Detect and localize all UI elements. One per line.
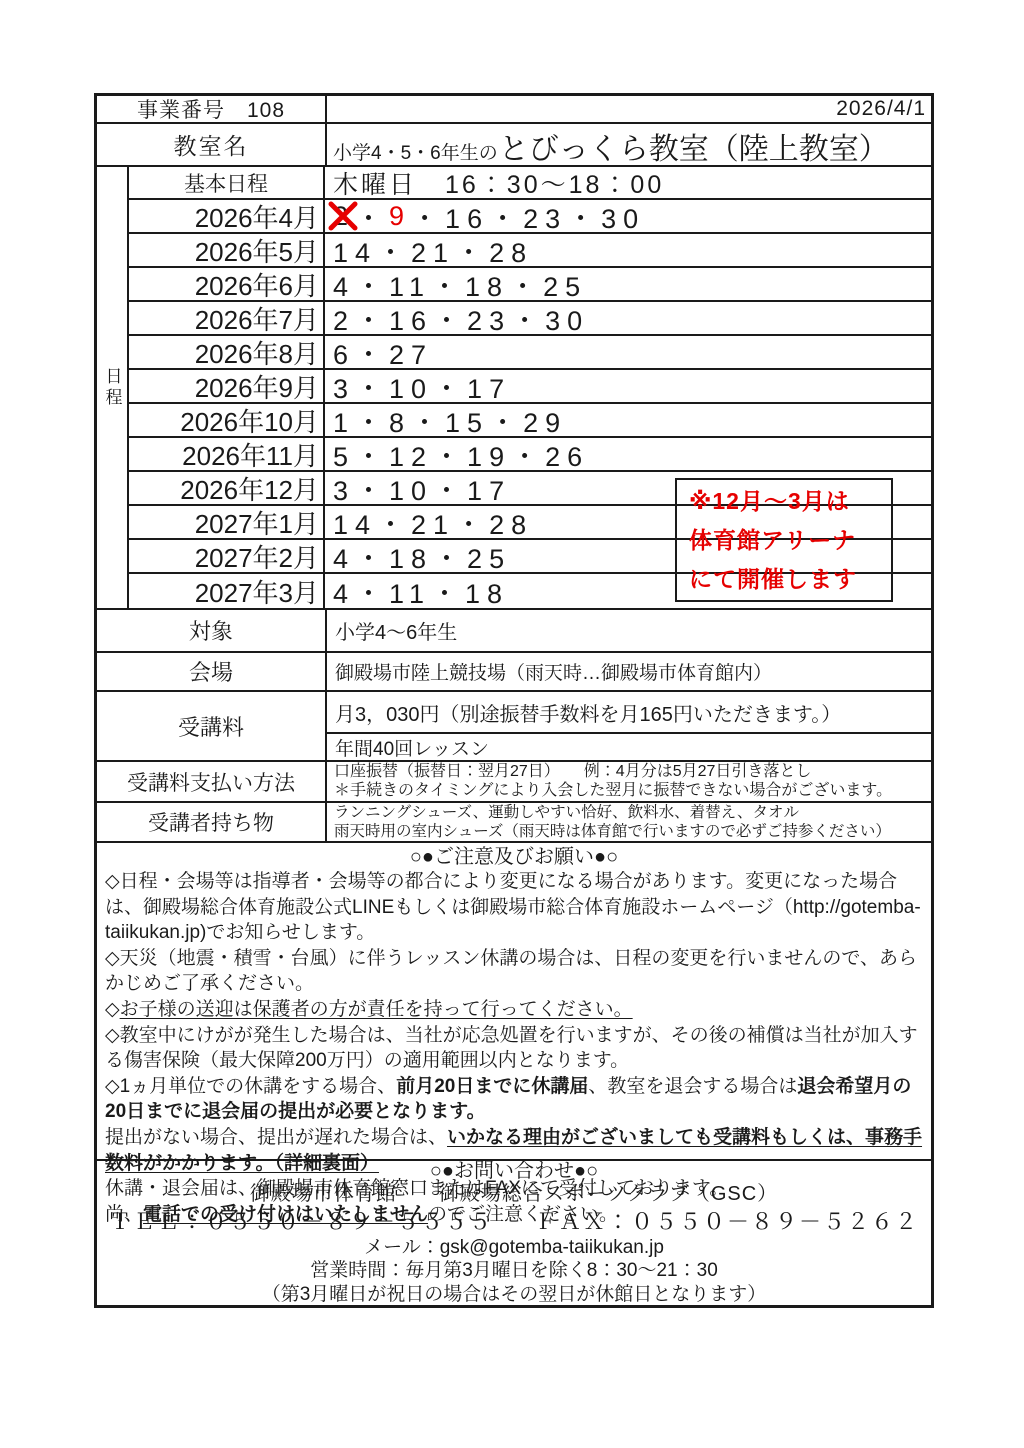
dates-value: 4・11・18・25 bbox=[325, 268, 931, 300]
target-label: 対象 bbox=[97, 610, 327, 651]
belongings-label: 受講者持ち物 bbox=[97, 803, 327, 841]
month-label: 2026年8月 bbox=[129, 336, 325, 368]
schedule-row-april: 2026年4月 2 ・ 9 ・16・23・30 bbox=[129, 200, 931, 234]
dates-value: 6・27 bbox=[325, 336, 931, 368]
class-name-label: 教室名 bbox=[97, 124, 327, 165]
contact-fax: ＦＡＸ：０５５０－８９－５２６２ bbox=[535, 1207, 919, 1236]
month-label: 2026年6月 bbox=[129, 268, 325, 300]
belongings-line-2: 雨天時用の室内シューズ（雨天時は体育館で行いますので必ずご持参ください） bbox=[334, 823, 931, 841]
payment-line-1: 口座振替（振替日：翌月27日） 例：4月分は5月27日引き落とし bbox=[334, 763, 931, 781]
schedule-section-label: 日程 bbox=[100, 367, 125, 409]
annotation-line: にて開催します bbox=[689, 560, 891, 599]
contact-tel: ＴＥＬ：０５５０－８９－５５５５ bbox=[109, 1207, 493, 1236]
belongings-line-1: ランニングシューズ、運動しやすい恰好、飲料水、着替え、タオル bbox=[334, 804, 931, 822]
contact-hours: 営業時間：毎月第3月曜日を除く8：30～21：30 bbox=[310, 1259, 718, 1283]
schedule-section-sidebar: 日程 bbox=[97, 167, 129, 608]
basic-schedule-row: 基本日程 木曜日 16：30～18：00 bbox=[129, 167, 931, 200]
payment-line-2: ＊手続きのタイミングにより入会した翌月に振替できない場合がございます。 bbox=[334, 782, 931, 800]
contact-mail: メール：gsk@gotemba-taiikukan.jp bbox=[364, 1236, 664, 1259]
added-date: 9 bbox=[389, 201, 411, 232]
fee-annual: 年間40回レッスン bbox=[327, 734, 931, 760]
schedule-row: 2026年5月 14・21・28 bbox=[129, 234, 931, 268]
dates-value: 3・10・17 bbox=[325, 370, 931, 402]
target-row: 対象 小学4～6年生 bbox=[97, 610, 931, 653]
note-line-weather: ◇天災（地震・積雪・台風）に伴うレッスン休講の場合は、日程の変更を行いませんので… bbox=[105, 946, 923, 997]
venue-label: 会場 bbox=[97, 653, 327, 690]
venue-row: 会場 御殿場市陸上競技場（雨天時…御殿場市体育館内） bbox=[97, 653, 931, 692]
note-line-injury: ◇教室中にけがが発生した場合は、当社が応急処置を行いますが、その後の補償は当社が… bbox=[105, 1023, 923, 1074]
basic-schedule-value: 木曜日 16：30～18：00 bbox=[325, 167, 931, 198]
note-pickup-underlined: お子様の送迎は保護者の方が責任を持って行ってください。 bbox=[120, 999, 633, 1020]
venue-value: 御殿場市陸上競技場（雨天時…御殿場市体育館内） bbox=[327, 653, 931, 690]
schedule-row: 2026年9月 3・10・17 bbox=[129, 370, 931, 404]
target-value: 小学4～6年生 bbox=[327, 610, 931, 651]
payment-method-value: 口座振替（振替日：翌月27日） 例：4月分は5月27日引き落とし ＊手続きのタイ… bbox=[327, 762, 931, 801]
contact-title: ○●お問い合わせ●○ bbox=[430, 1160, 598, 1182]
fee-monthly: 月3，030円（別途振替手数料を月165円いただきます。） bbox=[327, 692, 931, 734]
dates-value: 1・8・15・29 bbox=[325, 404, 931, 436]
schedule-row: 2026年6月 4・11・18・25 bbox=[129, 268, 931, 302]
business-number-row: 事業番号 108 2026/4/1 bbox=[97, 96, 931, 124]
schedule-row: 2026年7月 2・16・23・30 bbox=[129, 302, 931, 336]
document-page: 事業番号 108 2026/4/1 教室名 小学4・5・6年生の とびっくら教室… bbox=[0, 0, 1024, 1448]
notes-section: ○●ご注意及びお願い●○ ◇日程・会場等は指導者・会場等の都合により変更になる場… bbox=[97, 843, 931, 1161]
month-label: 2026年9月 bbox=[129, 370, 325, 402]
month-label: 2026年5月 bbox=[129, 234, 325, 266]
business-number: 事業番号 108 bbox=[97, 96, 327, 122]
issue-date: 2026/4/1 bbox=[327, 96, 931, 122]
note-diamond: ◇ bbox=[105, 999, 120, 1020]
dates-value: 2・16・23・30 bbox=[325, 302, 931, 334]
annotation-line: ※12月～3月は bbox=[689, 482, 891, 521]
contact-tel-fax: ＴＥＬ：０５５０－８９－５５５５ ＦＡＸ：０５５０－８９－５２６２ bbox=[109, 1207, 919, 1236]
fee-row: 受講料 月3，030円（別途振替手数料を月165円いただきます。） 年間40回レ… bbox=[97, 692, 931, 762]
note-line-absence: ◇1ヵ月単位での休講をする場合、前月20日までに休講届、教室を退会する場合は退会… bbox=[105, 1074, 923, 1125]
basic-schedule-label: 基本日程 bbox=[129, 167, 325, 198]
note-absence-bold1: 前月20日までに休講届 bbox=[396, 1076, 588, 1097]
month-label: 2026年10月 bbox=[129, 404, 325, 436]
month-label: 2027年1月 bbox=[129, 506, 325, 538]
schedule-row: 2026年11月 5・12・19・26 bbox=[129, 438, 931, 472]
class-name-prefix: 小学4・5・6年生の bbox=[333, 138, 498, 165]
class-info-sheet: 事業番号 108 2026/4/1 教室名 小学4・5・6年生の とびっくら教室… bbox=[94, 93, 934, 1308]
month-label: 2027年2月 bbox=[129, 540, 325, 572]
crossed-date: 2 bbox=[333, 201, 355, 232]
strikethrough-x-icon bbox=[328, 200, 358, 232]
dates-value: 14・21・28 bbox=[325, 234, 931, 266]
note-line-schedule-change: ◇日程・会場等は指導者・会場等の都合により変更になる場合があります。変更になった… bbox=[105, 869, 923, 946]
fee-label: 受講料 bbox=[97, 692, 327, 760]
annotation-line: 体育館アリーナ bbox=[689, 521, 891, 560]
schedule-row: 2026年10月 1・8・15・29 bbox=[129, 404, 931, 438]
month-label: 2026年11月 bbox=[129, 438, 325, 470]
dates-value: 2 ・ 9 ・16・23・30 bbox=[325, 200, 931, 232]
note-absence-mid: 、教室を退会する場合は bbox=[588, 1076, 797, 1097]
month-label: 2026年12月 bbox=[129, 472, 325, 504]
month-label: 2027年3月 bbox=[129, 574, 325, 608]
class-name-main: とびっくら教室（陸上教室） bbox=[499, 124, 889, 168]
note-late-pre: 提出がない場合、提出が遅れた場合は、 bbox=[105, 1127, 447, 1148]
fee-values: 月3，030円（別途振替手数料を月165円いただきます。） 年間40回レッスン bbox=[327, 692, 931, 760]
note-line-pickup: ◇お子様の送迎は保護者の方が責任を持って行ってください。 bbox=[105, 997, 923, 1023]
month-label: 2026年4月 bbox=[129, 200, 325, 232]
dates-value: 5・12・19・26 bbox=[325, 438, 931, 470]
schedule-row: 2026年8月 6・27 bbox=[129, 336, 931, 370]
notes-title: ○●ご注意及びお願い●○ bbox=[105, 845, 923, 869]
payment-method-row: 受講料支払い方法 口座振替（振替日：翌月27日） 例：4月分は5月27日引き落と… bbox=[97, 762, 931, 803]
contact-hours-note: （第3月曜日が祝日の場合はその翌日が休館日となります） bbox=[262, 1283, 767, 1307]
payment-method-label: 受講料支払い方法 bbox=[97, 762, 327, 801]
class-name-value: 小学4・5・6年生の とびっくら教室（陸上教室） bbox=[327, 124, 931, 165]
belongings-row: 受講者持ち物 ランニングシューズ、運動しやすい恰好、飲料水、着替え、タオル 雨天… bbox=[97, 803, 931, 843]
contact-organizations: 御殿場市体育館 御殿場総合スポーツクラブ（GSC） bbox=[250, 1182, 778, 1207]
month-label: 2026年7月 bbox=[129, 302, 325, 334]
note-absence-pre: ◇1ヵ月単位での休講をする場合、 bbox=[105, 1076, 396, 1097]
class-name-row: 教室名 小学4・5・6年生の とびっくら教室（陸上教室） bbox=[97, 124, 931, 167]
venue-change-annotation: ※12月～3月は 体育館アリーナ にて開催します bbox=[675, 478, 893, 602]
belongings-value: ランニングシューズ、運動しやすい恰好、飲料水、着替え、タオル 雨天時用の室内シュ… bbox=[327, 803, 931, 841]
